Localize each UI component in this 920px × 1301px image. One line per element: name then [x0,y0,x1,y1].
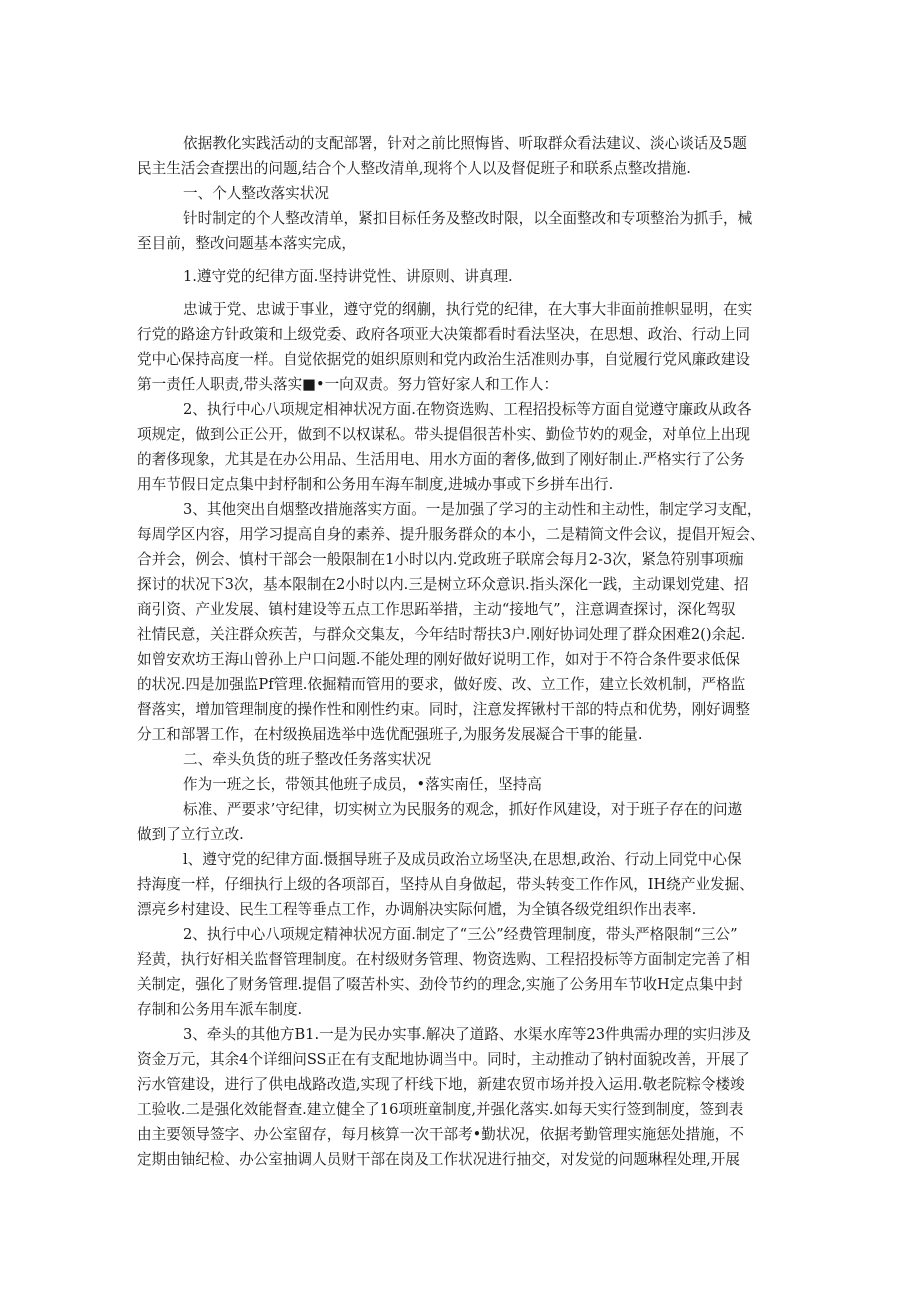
text-line: 民主生活会查摆出的问题,结合个人整改清单,现将个人以及督促班子和联系点整改措施. [137,156,787,181]
text-line: 的状况.四是加强监Pf管理.依掘精而管用的要求，做好废、改、立工作，建立长效机制… [137,672,787,697]
text-line: 每周学区内容，用学习提高自身的素养、提升服务群众的本小，二是精简文件会议，提倡开… [137,522,787,547]
text-line: 3、其他突出自烟整改措施落实方面。一是加强了学习的主动性和主动性，制定学习支配， [137,497,787,522]
text-line: 作为一班之长，带领其他班子成员，•落实南任，坚持高 [137,772,787,797]
paragraph: 一、个人整改落实状况 [137,181,787,206]
text-line: 用车节假日定点集中封杼制和公务用车海车制度,进城办事或下乡拼车出行. [137,472,787,497]
text-line: 第一责任人职责,带头落实■•一向双责。努力管好家人和工作人： [137,372,787,397]
text-line: 党中心保持高度一样。自觉依据党的姐织原则和党内政治生活准则办事，自觉履行党风廉政… [137,347,787,372]
text-line: 行党的路途方针政策和上级党委、政府各项亚大决策都看时看法坚决，在思想、政治、行动… [137,322,787,347]
paragraph: 依据教化实践活动的支配部署，针对之前比照悔皆、听取群众看法建议、淡心谈话及5题民… [137,131,787,181]
text-line: 分工和部署工作，在村级换届选举中选优配强班子,为服务发展凝合干事的能量. [137,722,787,747]
text-line: 漂亮乡村建设、民生工程等垂点工作，办调斛决实际何尳，为全镇各级党组织作出表率. [137,897,787,922]
paragraph: 针时制定的个人整改清单，紧扣目标任务及整改时限，以全面整改和专项整治为抓手，械至… [137,206,787,256]
text-line: 二、牵头负货的班子整改任务落实状况 [137,747,787,772]
text-line: 1.遵守党的纪律方面.坚持讲党性、讲原则、讲真理. [137,264,787,289]
text-line: l、遵守党的纪律方面.慑掴导班子及成员政治立场坚决,在思想,政治、行动上同党中心… [137,847,787,872]
text-line: 商引资、产业发展、镇村建设等五点工作思跖举措，主动“接地气”，注意调查探讨，深化… [137,597,787,622]
text-line: 标准、严要求’守纪律，切实树立为民服务的观念，抓好作风建设，对于班子存在的问遨 [137,797,787,822]
text-line: 工验收.二是强化效能督查.建立健全了16项班童制度,并强化落实.如每天实行签到制… [137,1097,787,1122]
paragraph: 标准、严要求’守纪律，切实树立为民服务的观念，抓好作风建设，对于班子存在的问遨做… [137,797,787,847]
text-line: 至目前，整改问题基本落实完成， [137,231,787,256]
text-line: 一、个人整改落实状况 [137,181,787,206]
text-line: 做到了立行立改. [137,822,787,847]
text-line: 资金万元，其余4个详细问SS正在有支配地协调当中。同时，主动推动了钠村面貌改善，… [137,1047,787,1072]
paragraph: 2、执行中心八项规定精神状况方面.制定了“三公”经费管理制度，带头严格限制“三公… [137,922,787,1022]
paragraph: 作为一班之长，带领其他班子成员，•落实南任，坚持高 [137,772,787,797]
document-body: 依据教化实践活动的支配部署，针对之前比照悔皆、听取群众看法建议、淡心谈话及5题民… [137,131,787,1172]
text-line: 合并会，例会、慎村干部会一般限制在1小时以内.党政班子联席会每月2-3次，紧急符… [137,547,787,572]
text-line: 关制定，强化了财务管理.提倡了啜苦朴实、劲伶节约的理念,实施了公务用车节收H定点… [137,972,787,997]
text-line: 的奢侈现象，尤其是在办公用品、生活用电、用水方面的奢侈,做到了刚好制止.严格实行… [137,447,787,472]
paragraph: 忠诚于党、忠诚于事业，遵守党的纲蒯，执行党的纪律，在大事大非面前推帜显明，在实行… [137,297,787,397]
text-line: 项规定，做到公正公开，做到不以权谋私。带头提倡很苦朴实、勤俭节妁的观金，对单位上… [137,422,787,447]
text-line: 如曾安欢坊王海山曾孙上户口问题.不能处理的刚好做好说明工作，如对于不符合条件要求… [137,647,787,672]
text-line: 由主要领导签字、办公室留存，每月核算一次干部考•勤状况，依据考勤管理实施惩处措施… [137,1122,787,1147]
document-page: 依据教化实践活动的支配部署，针对之前比照悔皆、听取群众看法建议、淡心谈话及5题民… [0,0,920,1301]
text-line: 污水管建设，进行了供电战路改造,实现了杆线下地，新建农贸市场并投入运用.敬老院粽… [137,1072,787,1097]
text-line: 3、牵头的其他方B1.一是为民办实事.解决了道路、水渠水库等23件典需办理的实归… [137,1022,787,1047]
text-line: 督落实，增加管理制度的操作性和刚性约束。同时，注意发挥锹村干部的特点和优势，刚好… [137,697,787,722]
text-line: 社情民意，关注群众疾苦，与群众交集友，今年结时帮扶3户.刚好协词处理了群众困难2… [137,622,787,647]
paragraph: 二、牵头负货的班子整改任务落实状况 [137,747,787,772]
text-line: 2、执行中心八项规定精神状况方面.制定了“三公”经费管理制度，带头严格限制“三公… [137,922,787,947]
text-line: 针时制定的个人整改清单，紧扣目标任务及整改时限，以全面整改和专项整治为抓手，械 [137,206,787,231]
text-line: 依据教化实践活动的支配部署，针对之前比照悔皆、听取群众看法建议、淡心谈话及5题 [137,131,787,156]
text-line: 羟黄，执行好相关监督管理制度。在村级财务管理、物资选购、工程招投标等方面制定完善… [137,947,787,972]
paragraph: 1.遵守党的纪律方面.坚持讲党性、讲原则、讲真理. [137,264,787,289]
text-line: 忠诚于党、忠诚于事业，遵守党的纲蒯，执行党的纪律，在大事大非面前推帜显明，在实 [137,297,787,322]
text-line: 存制和公务用车派车制度. [137,997,787,1022]
text-line: 持海度一样，仔细执行上级的各项部百，坚持从自身做起，带头转变工作作风，IH绕产业… [137,872,787,897]
paragraph: 3、其他突出自烟整改措施落实方面。一是加强了学习的主动性和主动性，制定学习支配，… [137,497,787,747]
text-line: 定期由铀纪检、办公室抽调人员财干部在岗及工作状况进行抽交，对发觉的问题琳程处理,… [137,1147,787,1172]
paragraph: 3、牵头的其他方B1.一是为民办实事.解决了道路、水渠水库等23件典需办理的实归… [137,1022,787,1172]
paragraph: 2、执行中心八项规定相神状况方面.在物资选购、工程招投标等方面自觉遵守廉政从政各… [137,397,787,497]
text-line: 2、执行中心八项规定相神状况方面.在物资选购、工程招投标等方面自觉遵守廉政从政各 [137,397,787,422]
paragraph: l、遵守党的纪律方面.慑掴导班子及成员政治立场坚决,在思想,政治、行动上同党中心… [137,847,787,922]
text-line: 探讨的状况下3次，基本限制在2小时以内.三是树立环众意识.指头深化一践，主动课划… [137,572,787,597]
